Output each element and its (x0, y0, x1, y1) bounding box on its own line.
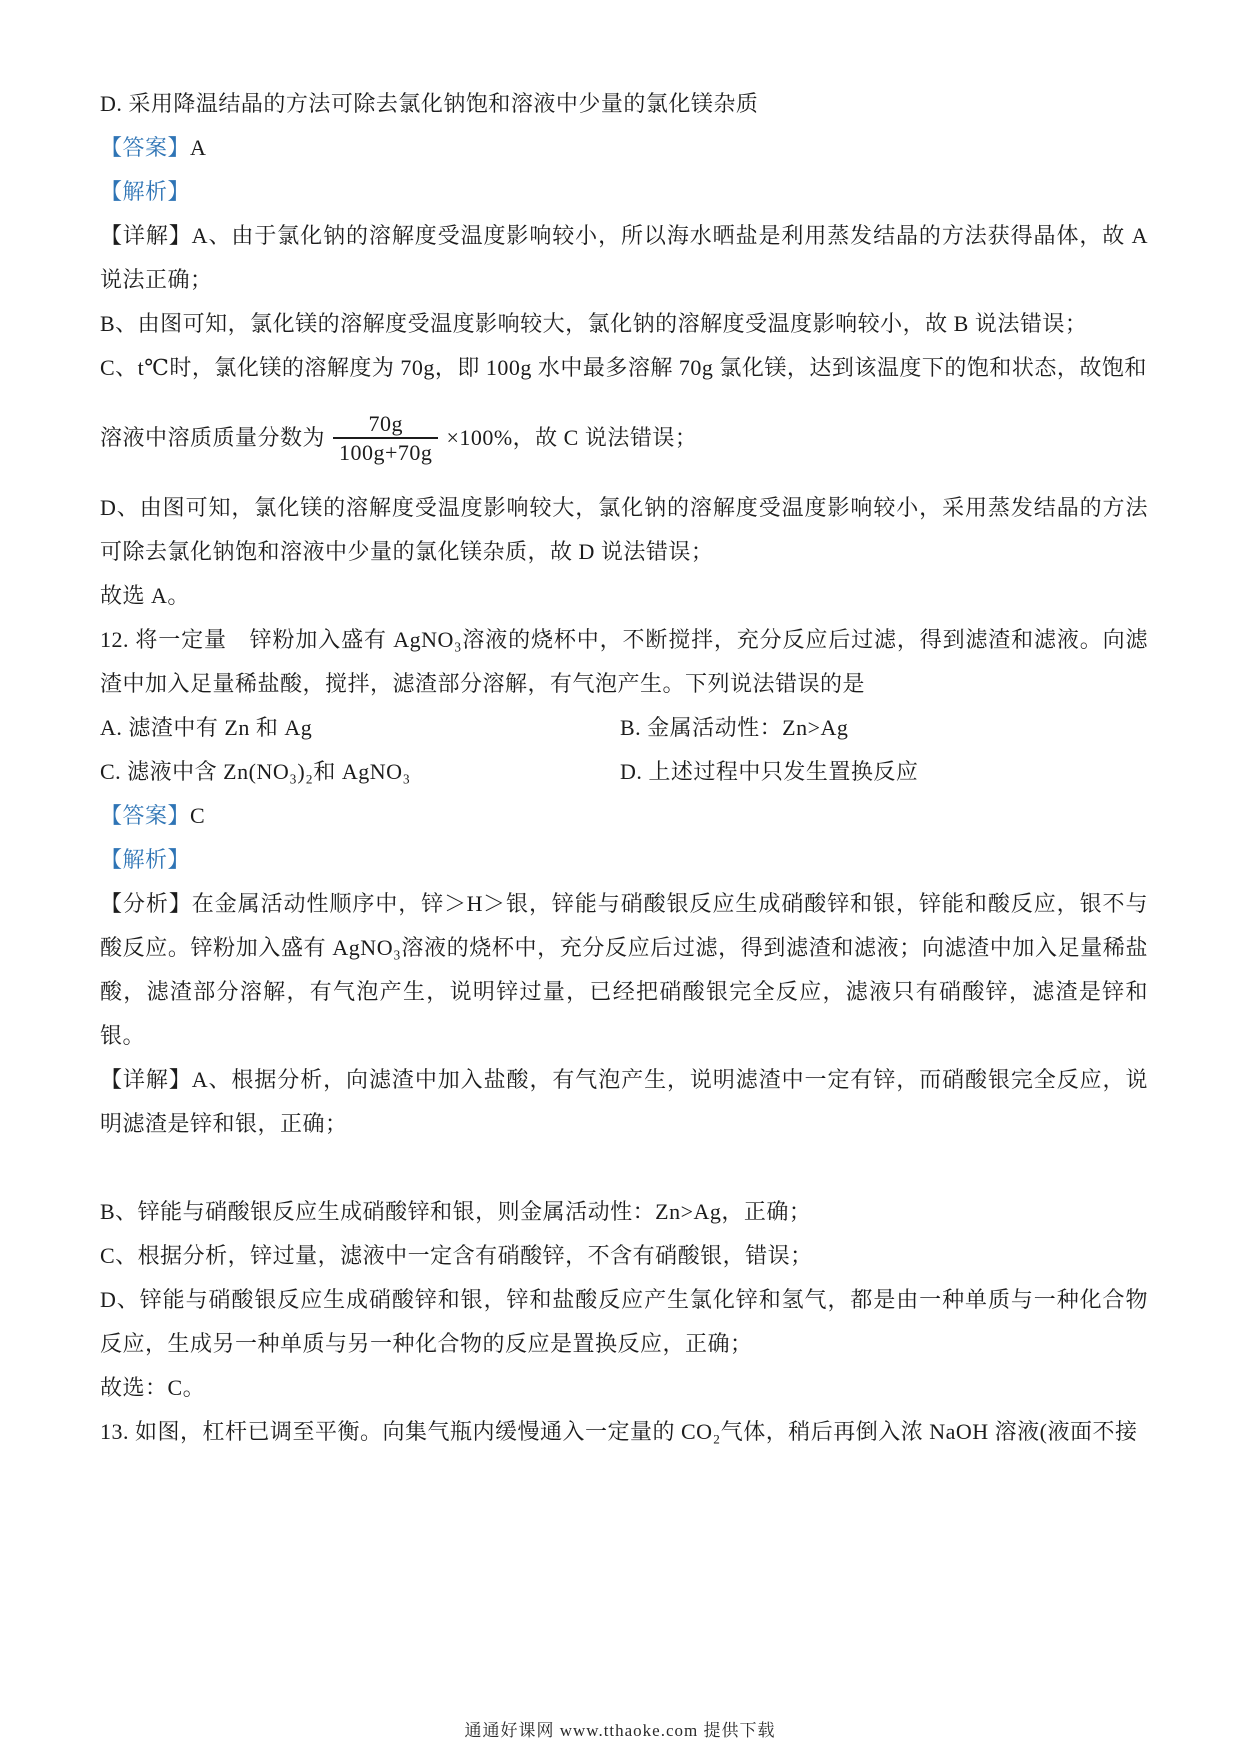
q12-stem: 12. 将一定量 锌粉加入盛有 AgNO₃溶液的烧杯中，不断搅拌，充分反应后过滤… (100, 618, 1148, 706)
q12-analysis-line: 【解析】 (100, 838, 1148, 882)
fraction-suffix: ×100%，故 C 说法错误； (446, 416, 697, 460)
q12-detail-a: 【详解】A、根据分析，向滤渣中加入盐酸，有气泡产生，说明滤渣中一定有锌，而硝酸银… (100, 1058, 1148, 1146)
document-body: D. 采用降温结晶的方法可除去氯化钠饱和溶液中少量的氯化镁杂质 【答案】A 【解… (100, 82, 1148, 1454)
fraction: 70g100g+70g (333, 410, 438, 467)
q12-conclusion: 故选：C。 (100, 1366, 1148, 1410)
q11-point-c: C、t℃时，氯化镁的溶解度为 70g，即 100g 水中最多溶解 70g 氯化镁… (100, 346, 1148, 390)
analysis-label: 【解析】 (100, 847, 190, 872)
answer-label: 【答案】 (100, 135, 190, 160)
q11-answer-line: 【答案】A (100, 126, 1148, 170)
q11-mass-fraction-line: 溶液中溶质质量分数为70g100g+70g×100%，故 C 说法错误； (100, 390, 1148, 486)
exam-page: { "labels": { "answer": "【答案】", "analysi… (0, 0, 1240, 1754)
page-footer: 通通好课网 www.tthaoke.com 提供下载 (0, 1720, 1240, 1742)
q13-stem: 13. 如图，杠杆已调至平衡。向集气瓶内缓慢通入一定量的 CO₂气体，稍后再倒入… (100, 1410, 1148, 1454)
fraction-numerator: 70g (354, 410, 417, 438)
q11-option-d: D. 采用降温结晶的方法可除去氯化钠饱和溶液中少量的氯化镁杂质 (100, 82, 1148, 126)
q11-answer-value: A (190, 135, 206, 160)
q12-answer-value: C (190, 803, 205, 828)
q11-detail-a: 【详解】A、由于氯化钠的溶解度受温度影响较小，所以海水晒盐是利用蒸发结晶的方法获… (100, 214, 1148, 302)
q12-option-b: B. 金属活动性：Zn>Ag (620, 706, 1148, 750)
q11-point-d: D、由图可知，氯化镁的溶解度受温度影响较大，氯化钠的溶解度受温度影响较小，采用蒸… (100, 486, 1148, 574)
blank-line (100, 1146, 1148, 1190)
q12-detail-d: D、锌能与硝酸银反应生成硝酸锌和银，锌和盐酸反应产生氯化锌和氢气，都是由一种单质… (100, 1278, 1148, 1366)
q12-option-c: C. 滤液中含 Zn(NO₃)₂和 AgNO₃ (100, 750, 620, 794)
q12-answer-line: 【答案】C (100, 794, 1148, 838)
fraction-denominator: 100g+70g (333, 437, 438, 467)
q11-analysis-line: 【解析】 (100, 170, 1148, 214)
q12-analysis-text: 【分析】在金属活动性顺序中，锌＞H＞银，锌能与硝酸银反应生成硝酸锌和银，锌能和酸… (100, 882, 1148, 1058)
q12-detail-c: C、根据分析，锌过量，滤液中一定含有硝酸锌，不含有硝酸银，错误； (100, 1234, 1148, 1278)
q12-detail-b: B、锌能与硝酸银反应生成硝酸锌和银，则金属活动性：Zn>Ag，正确； (100, 1190, 1148, 1234)
q12-options: A. 滤渣中有 Zn 和 Ag B. 金属活动性：Zn>Ag C. 滤液中含 Z… (100, 706, 1148, 794)
analysis-label: 【解析】 (100, 179, 190, 204)
q11-conclusion: 故选 A。 (100, 574, 1148, 618)
q12-option-a: A. 滤渣中有 Zn 和 Ag (100, 706, 620, 750)
fraction-prefix: 溶液中溶质质量分数为 (100, 416, 325, 460)
q11-point-b: B、由图可知，氯化镁的溶解度受温度影响较大，氯化钠的溶解度受温度影响较小，故 B… (100, 302, 1148, 346)
q12-option-d: D. 上述过程中只发生置换反应 (620, 750, 1148, 794)
answer-label: 【答案】 (100, 803, 190, 828)
